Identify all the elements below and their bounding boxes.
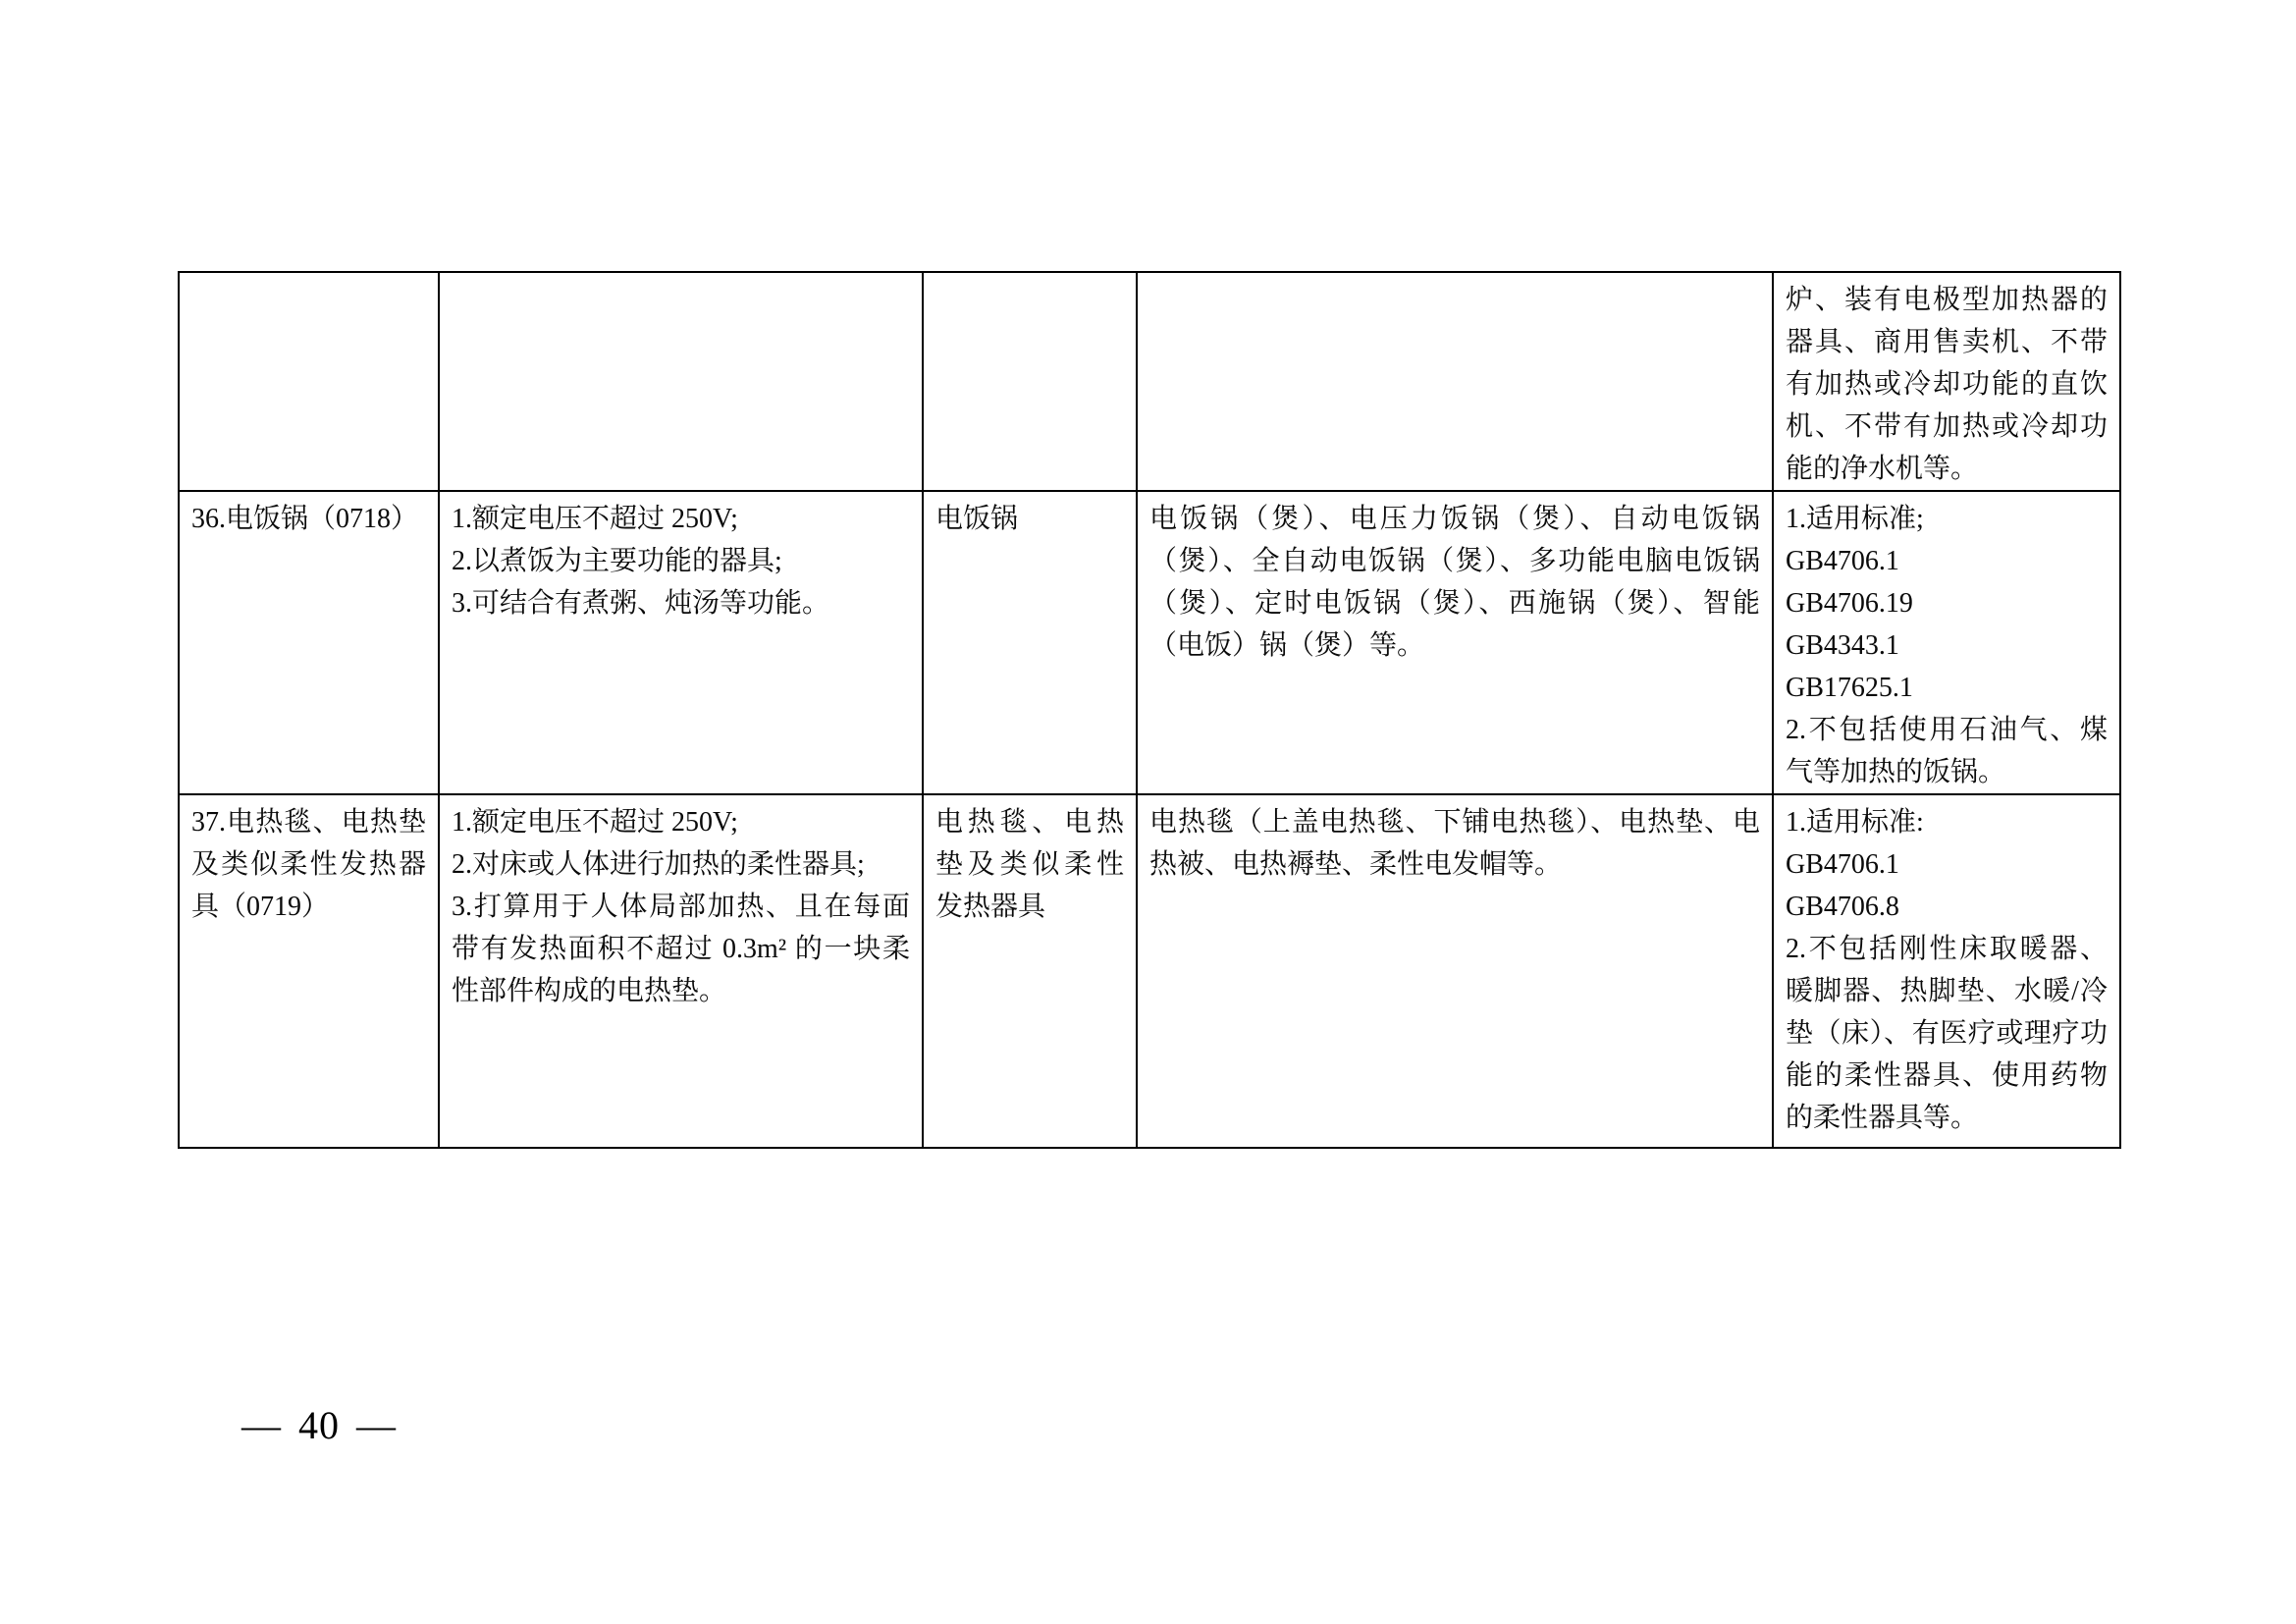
cell-product-name [923,272,1137,491]
cell-paragraph: 2.以煮饭为主要功能的器具; [452,540,910,582]
cell-paragraph: GB4343.1 [1786,624,2108,667]
cell-criteria [439,272,923,491]
table-row-36: 36.电饭锅（0718） 1.额定电压不超过 250V;2.以煮饭为主要功能的器… [179,491,2120,794]
cell-paragraph: GB17625.1 [1786,667,2108,709]
cell-examples [1137,272,1773,491]
cell-examples: 电热毯（上盖电热毯、下铺电热毯）、电热垫、电热被、电热褥垫、柔性电发帽等。 [1137,794,1773,1148]
cell-paragraph: 3.打算用于人体局部加热、且在每面带有发热面积不超过 0.3m² 的一块柔性部件… [452,886,910,1012]
cell-paragraph: 1.额定电压不超过 250V; [452,801,910,843]
cell-remarks: 炉、装有电极型加热器的器具、商用售卖机、不带有加热或冷却功能的直饮机、不带有加热… [1773,272,2120,491]
table-row-continuation: 炉、装有电极型加热器的器具、商用售卖机、不带有加热或冷却功能的直饮机、不带有加热… [179,272,2120,491]
cell-paragraph: 2.不包括使用石油气、煤气等加热的饭锅。 [1786,709,2108,793]
cell-paragraph: GB4706.1 [1786,540,2108,582]
product-catalog-table: 炉、装有电极型加热器的器具、商用售卖机、不带有加热或冷却功能的直饮机、不带有加热… [178,271,2121,1149]
cell-paragraph: GB4706.1 [1786,843,2108,886]
cell-paragraph: GB4706.8 [1786,886,2108,928]
cell-remarks: 1.适用标准;GB4706.1GB4706.19GB4343.1GB17625.… [1773,491,2120,794]
cell-paragraph: 电饭锅（煲）、电压力饭锅（煲）、自动电饭锅（煲）、全自动电饭锅（煲）、多功能电脑… [1149,498,1760,667]
cell-paragraph: 电饭锅 [935,498,1124,540]
cell-paragraph: 2.不包括刚性床取暖器、暖脚器、热脚垫、水暖/冷垫（床）、有医疗或理疗功能的柔性… [1786,928,2108,1139]
cell-remarks: 1.适用标准:GB4706.1GB4706.82.不包括刚性床取暖器、暖脚器、热… [1773,794,2120,1148]
cell-paragraph: 2.对床或人体进行加热的柔性器具; [452,843,910,886]
cell-category: 37.电热毯、电热垫及类似柔性发热器具（0719） [179,794,439,1148]
cell-paragraph: GB4706.19 [1786,582,2108,624]
cell-product-name: 电热毯、电热垫及类似柔性发热器具 [923,794,1137,1148]
cell-paragraph: 1.适用标准; [1786,498,2108,540]
cell-paragraph: 电热毯、电热垫及类似柔性发热器具 [935,801,1124,928]
cell-paragraph: 36.电饭锅（0718） [191,498,426,540]
cell-category [179,272,439,491]
table-row-37: 37.电热毯、电热垫及类似柔性发热器具（0719） 1.额定电压不超过 250V… [179,794,2120,1148]
document-page: 炉、装有电极型加热器的器具、商用售卖机、不带有加热或冷却功能的直饮机、不带有加热… [0,0,2296,1624]
cell-paragraph: 1.适用标准: [1786,801,2108,843]
cell-paragraph: 37.电热毯、电热垫及类似柔性发热器具（0719） [191,801,426,928]
cell-paragraph: 炉、装有电极型加热器的器具、商用售卖机、不带有加热或冷却功能的直饮机、不带有加热… [1786,279,2108,490]
cell-category: 36.电饭锅（0718） [179,491,439,794]
cell-product-name: 电饭锅 [923,491,1137,794]
cell-paragraph: 3.可结合有煮粥、炖汤等功能。 [452,582,910,624]
cell-paragraph: 电热毯（上盖电热毯、下铺电热毯）、电热垫、电热被、电热褥垫、柔性电发帽等。 [1149,801,1760,886]
cell-paragraph: 1.额定电压不超过 250V; [452,498,910,540]
cell-criteria: 1.额定电压不超过 250V;2.对床或人体进行加热的柔性器具;3.打算用于人体… [439,794,923,1148]
cell-criteria: 1.额定电压不超过 250V;2.以煮饭为主要功能的器具;3.可结合有煮粥、炖汤… [439,491,923,794]
cell-examples: 电饭锅（煲）、电压力饭锅（煲）、自动电饭锅（煲）、全自动电饭锅（煲）、多功能电脑… [1137,491,1773,794]
page-number: — 40 — [241,1404,397,1447]
